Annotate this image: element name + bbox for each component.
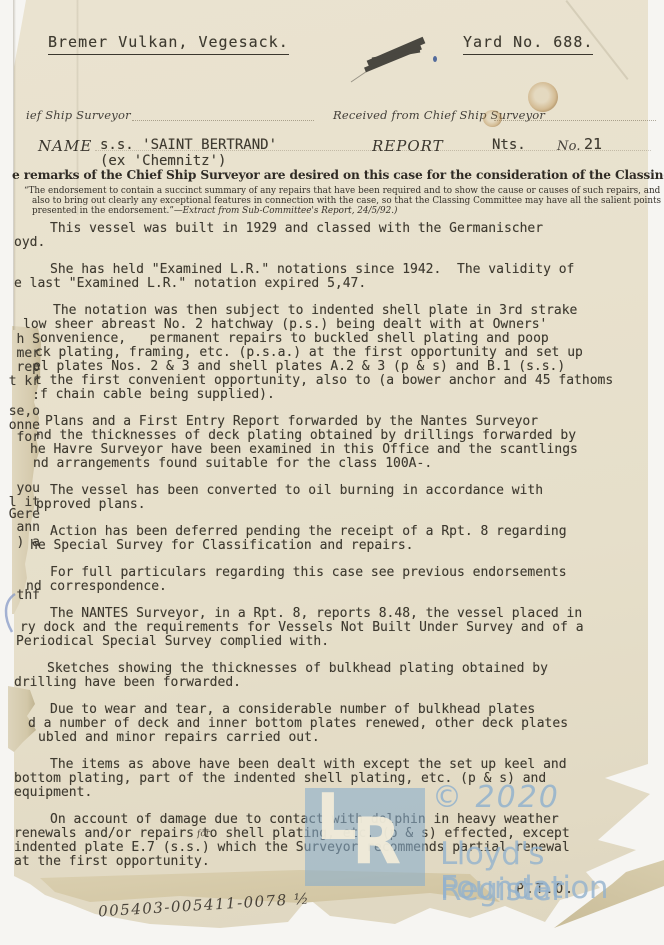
endorsement-note-line3: presented in the endorsement.”—Extract f… bbox=[32, 206, 397, 216]
fold-text-fragment: ) a bbox=[0, 536, 42, 550]
fold-text-fragment: you bbox=[0, 482, 42, 496]
typed-line: drilling have been forwarded. bbox=[14, 676, 659, 690]
chief-surveyor-label: ief Ship Surveyor bbox=[26, 108, 131, 122]
typed-line: nd the thicknesses of deck plating obtai… bbox=[14, 429, 659, 443]
fold-text-fragment: rep bbox=[0, 361, 42, 375]
typed-line: el plates Nos. 2 & 3 and shell plates A.… bbox=[14, 360, 659, 374]
typed-line: he Special Survey for Classification and… bbox=[14, 539, 659, 553]
endorsement-note-line3-text: presented in the endorsement.”— bbox=[32, 206, 183, 216]
typed-line: Periodical Special Survey complied with. bbox=[14, 635, 659, 649]
typed-line: Sketches showing the thicknesses of bulk… bbox=[14, 662, 659, 676]
fold-text-fragment: h S bbox=[0, 333, 42, 347]
remarks-instruction-line: e remarks of the Chief Ship Surveyor are… bbox=[12, 168, 664, 182]
fold-text-fragment: for bbox=[0, 431, 42, 445]
stain-mark-small bbox=[483, 110, 502, 127]
report-number: 21 bbox=[584, 135, 602, 153]
lr-logo-letter-r: R bbox=[352, 810, 401, 874]
typed-line: ry dock and the requirements for Vessels… bbox=[14, 621, 659, 635]
watermark-copyright: © 2020 bbox=[432, 780, 560, 815]
ship-former-name: (ex 'Chemnitz') bbox=[100, 153, 226, 169]
typed-line: f chain cable being supplied). bbox=[14, 388, 659, 402]
typed-line: d a number of deck and inner bottom plat… bbox=[14, 717, 659, 731]
typed-paragraph: The vessel has been converted to oil bur… bbox=[14, 484, 659, 512]
watermark-line2: Foundation bbox=[440, 870, 608, 906]
fold-text-fragment: mer bbox=[0, 347, 42, 361]
typed-line: Plans and a First Entry Report forwarded… bbox=[14, 415, 659, 429]
typed-line: Due to wear and tear, a considerable num… bbox=[14, 703, 659, 717]
typed-line: The items as above have been dealt with … bbox=[14, 758, 659, 772]
yard-number: Yard No. 688. bbox=[463, 33, 593, 55]
typed-paragraph: The NANTES Surveyor, in a Rpt. 8, report… bbox=[14, 607, 659, 649]
nts-label: Nts. bbox=[492, 137, 526, 153]
typed-line: nd correspondence. bbox=[14, 580, 659, 594]
typed-paragraph: Due to wear and tear, a considerable num… bbox=[14, 703, 659, 745]
typed-paragraph: Plans and a First Entry Report forwarded… bbox=[14, 415, 659, 471]
fold-text-fragment: : bbox=[0, 389, 42, 403]
typed-line: onvenience, permanent repairs to buckled… bbox=[14, 332, 659, 346]
typed-line: pproved plans. bbox=[14, 498, 659, 512]
typed-line: The vessel has been converted to oil bur… bbox=[14, 484, 659, 498]
form-rule-left bbox=[132, 120, 314, 121]
typed-line: e last "Examined L.R." notation expired … bbox=[14, 277, 659, 291]
report-label: REPORT bbox=[372, 137, 444, 155]
typed-paragraph: Sketches showing the thicknesses of bulk… bbox=[14, 662, 659, 690]
fold-text-fragment: t kr bbox=[0, 375, 42, 389]
typed-paragraph: This vessel was built in 1929 and classe… bbox=[14, 222, 659, 250]
typed-line: This vessel was built in 1929 and classe… bbox=[14, 222, 659, 236]
typed-line: t the first convenient opportunity, also… bbox=[14, 374, 659, 388]
typed-line: ck plating, framing, etc. (p.s.a.) at th… bbox=[14, 346, 659, 360]
name-label: NAME bbox=[38, 137, 92, 155]
received-from-label: Received from Chief Ship Surveyor bbox=[333, 108, 545, 122]
typed-line: Action has been deferred pending the rec… bbox=[14, 525, 659, 539]
typed-line: She has held "Examined L.R." notations s… bbox=[14, 263, 659, 277]
ink-scribble-mark bbox=[348, 28, 440, 86]
typed-line: The notation was then subject to indente… bbox=[14, 304, 659, 318]
endorsement-note-line2: also to bring out clearly any exceptiona… bbox=[32, 196, 661, 206]
ship-name: s.s. 'SAINT BERTRAND' bbox=[100, 137, 277, 153]
blue-pen-mark bbox=[0, 592, 18, 634]
fold-text-fragment: ann bbox=[0, 521, 42, 535]
typed-line: For full particulars regarding this case… bbox=[14, 566, 659, 580]
stain-mark-large bbox=[528, 82, 558, 112]
typed-paragraph: For full particulars regarding this case… bbox=[14, 566, 659, 594]
typed-line: nd arrangements found suitable for the c… bbox=[14, 457, 659, 471]
typed-line: he Havre Surveyor have been examined in … bbox=[14, 443, 659, 457]
typed-line: The NANTES Surveyor, in a Rpt. 8, report… bbox=[14, 607, 659, 621]
scanned-document: Bremer Vulkan, Vegesack. Yard No. 688. i… bbox=[0, 0, 664, 945]
blue-ink-dot bbox=[433, 56, 437, 62]
shipyard-title: Bremer Vulkan, Vegesack. bbox=[48, 33, 289, 55]
typed-line: oyd. bbox=[14, 236, 659, 250]
typed-line: ubled and minor repairs carried out. bbox=[14, 731, 659, 745]
no-label: No. bbox=[557, 139, 581, 154]
typed-paragraph: She has held "Examined L.R." notations s… bbox=[14, 263, 659, 291]
handwritten-insert: for bbox=[197, 829, 211, 840]
lr-logo-letter-l: L bbox=[316, 786, 357, 850]
typed-paragraph: The notation was then subject to indente… bbox=[14, 304, 659, 402]
endorsement-note-line1: “The endorsement to contain a succinct s… bbox=[24, 186, 660, 196]
typed-line: low sheer abreast No. 2 hatchway (p.s.) … bbox=[14, 318, 659, 332]
typed-paragraph: Action has been deferred pending the rec… bbox=[14, 525, 659, 553]
endorsement-note-source: Extract from Sub-Committee's Report, 24/… bbox=[183, 206, 398, 216]
fold-text-fragment: se,o bbox=[0, 405, 42, 419]
